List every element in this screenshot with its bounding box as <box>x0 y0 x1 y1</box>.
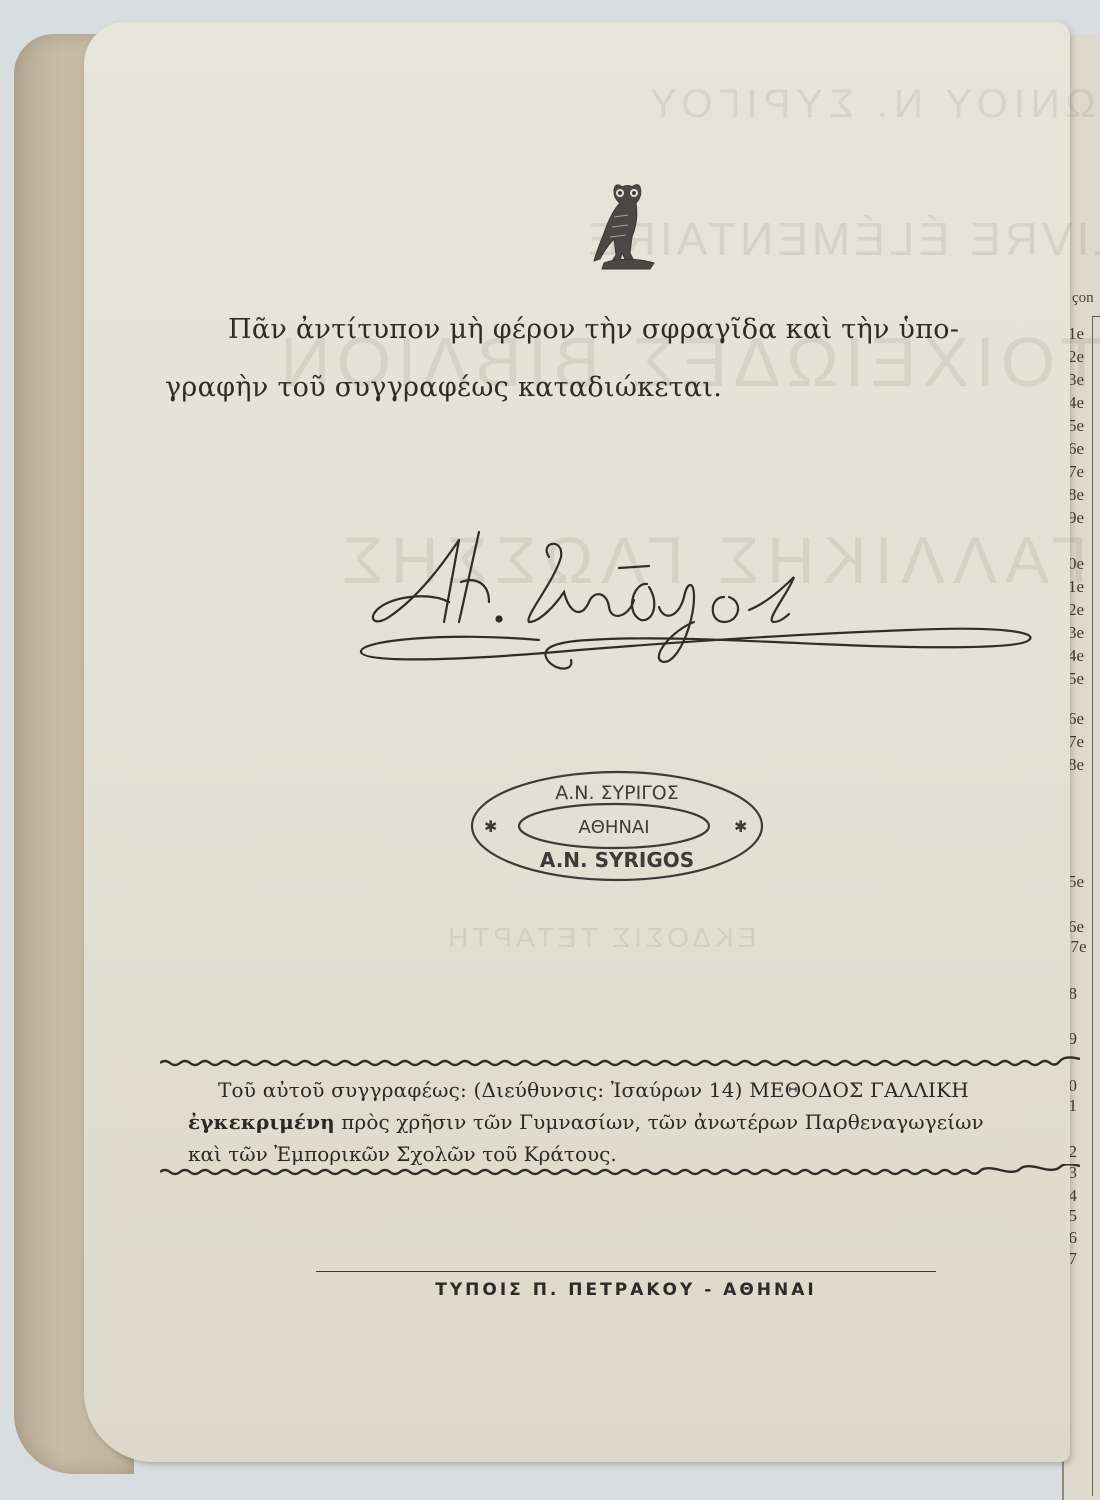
facing-table-rule <box>1092 316 1100 317</box>
author-signature <box>349 522 1049 672</box>
copyright-notice-line-1: Πᾶν ἀντίτυπον μὴ φέρον τὴν σφραγῖδα καὶ … <box>228 314 959 345</box>
margin-number: 8e <box>1068 755 1084 775</box>
margin-number: 2e <box>1068 600 1084 620</box>
owl-emblem-icon <box>584 177 664 277</box>
margin-number: 6e <box>1068 439 1084 459</box>
margin-number: 7e <box>1068 462 1084 482</box>
book-page: ΑΝΤΩΝΙΟΥ Ν. ΣΥΡΙΓΟΥ LIVRE ÉLÉMENTAIRE ΣΤ… <box>84 22 1070 1462</box>
other-works-line-2: πρὸς χρῆσιν τῶν Γυμνασίων, τῶν ἀνωτέρων … <box>335 1110 984 1134</box>
bleed-through-text: ΕΚΔΟΣΙΣ ΤΕΤΑΡΤΗ <box>444 922 756 954</box>
margin-number: 4e <box>1068 646 1084 666</box>
facing-table-rule <box>1092 316 1093 1496</box>
margin-number: 5e <box>1068 669 1084 689</box>
margin-number: 6e <box>1068 917 1084 937</box>
facing-column-header: çon <box>1072 290 1094 307</box>
wavy-divider-top <box>160 1056 1080 1068</box>
margin-number: 8e <box>1068 485 1084 505</box>
imprint-rule <box>316 1271 936 1272</box>
printer-imprint: ΤΥΠΟΙΣ Π. ΠΕΤΡΑΚΟΥ - ΑΘΗΝΑΙ <box>316 1280 936 1300</box>
wavy-divider-bottom <box>160 1164 1080 1176</box>
margin-number: 3e <box>1068 623 1084 643</box>
stamp-top-text: Α.Ν. ΣΥΡΙΓΟΣ <box>555 782 679 804</box>
copyright-notice-line-2: γραφὴν τοῦ συγγραφέως καταδιώκεται. <box>165 372 722 403</box>
margin-number: 5e <box>1068 872 1084 892</box>
publisher-stamp: Α.Ν. ΣΥΡΙΓΟΣ ΑΘΗΝΑΙ A.N. SYRIGOS ✱ ✱ <box>462 766 772 886</box>
approved-label: ἐγκεκριμένη <box>188 1110 335 1134</box>
stamp-bottom-text: A.N. SYRIGOS <box>540 848 694 872</box>
other-works-line-1: Τοῦ αὐτοῦ συγγραφέως: (Διεύθυνσις: Ἰσαύρ… <box>188 1074 1088 1106</box>
margin-number: 7e <box>1068 732 1084 752</box>
other-works-notice: Τοῦ αὐτοῦ συγγραφέως: (Διεύθυνσις: Ἰσαύρ… <box>188 1074 1088 1170</box>
stamp-city-text: ΑΘΗΝΑΙ <box>578 817 649 838</box>
stamp-ornament-icon: ✱ <box>734 817 747 836</box>
bleed-through-text: ΑΝΤΩΝΙΟΥ Ν. ΣΥΡΙΓΟΥ <box>644 82 1100 127</box>
stamp-ornament-icon: ✱ <box>484 817 497 836</box>
margin-number: 6e <box>1068 709 1084 729</box>
margin-number: 5e <box>1068 416 1084 436</box>
